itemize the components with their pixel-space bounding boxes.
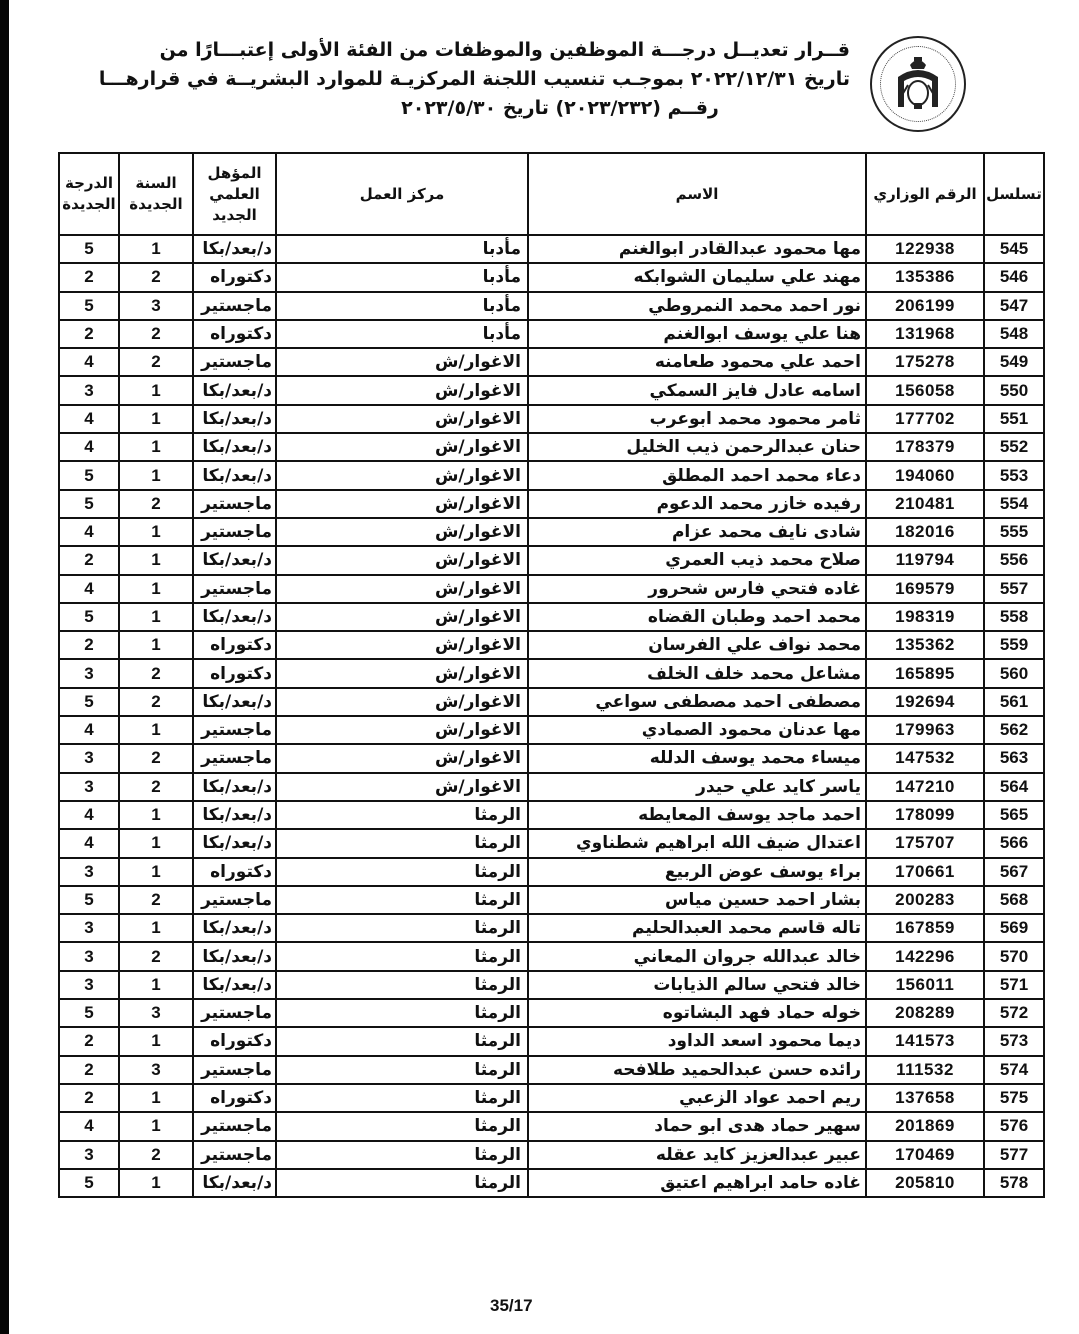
cell-work-center: الاغوار/ش <box>276 603 528 631</box>
cell-ministry-id: 142296 <box>866 942 984 970</box>
cell-new-grade: 2 <box>59 1084 119 1112</box>
cell-seq: 563 <box>984 744 1044 772</box>
cell-new-year: 1 <box>119 575 193 603</box>
cell-new-grade: 4 <box>59 518 119 546</box>
cell-name: دعاء محمد احمد المطلق <box>528 461 866 489</box>
cell-seq: 561 <box>984 688 1044 716</box>
table-row: 572208289خوله حماد فهد البشاتوهالرمثاماج… <box>59 999 1044 1027</box>
cell-name: اعتدال ضيف الله ابراهيم شطناوي <box>528 829 866 857</box>
cell-new-year: 1 <box>119 1112 193 1140</box>
cell-qualification: د/بعد/بكا <box>193 433 276 461</box>
cell-qualification: دكتوراه <box>193 858 276 886</box>
table-row: 570142296خالد عبدالله جروان المعانيالرمث… <box>59 942 1044 970</box>
cell-new-grade: 2 <box>59 546 119 574</box>
cell-qualification: دكتوراه <box>193 1027 276 1055</box>
cell-new-grade: 5 <box>59 461 119 489</box>
cell-new-year: 1 <box>119 858 193 886</box>
table-row: 555182016شادى نايف محمد عزامالاغوار/شماج… <box>59 518 1044 546</box>
cell-ministry-id: 175278 <box>866 348 984 376</box>
cell-seq: 553 <box>984 461 1044 489</box>
cell-seq: 559 <box>984 631 1044 659</box>
cell-new-grade: 4 <box>59 801 119 829</box>
cell-ministry-id: 192694 <box>866 688 984 716</box>
cell-new-grade: 3 <box>59 773 119 801</box>
table-row: 557169579غاده فتحي فارس شحرورالاغوار/شما… <box>59 575 1044 603</box>
cell-qualification: ماجستير <box>193 292 276 320</box>
cell-name: سهير حماد هدى ابو حماد <box>528 1112 866 1140</box>
cell-new-grade: 3 <box>59 858 119 886</box>
cell-qualification: د/بعد/بكا <box>193 235 276 263</box>
cell-new-year: 1 <box>119 546 193 574</box>
table-row: 577170469عبير عبدالعزيز كايد عقلهالرمثام… <box>59 1141 1044 1169</box>
cell-qualification: د/بعد/بكا <box>193 914 276 942</box>
cell-qualification: د/بعد/بكا <box>193 942 276 970</box>
table-row: 554210481رفيده خازر محمد الدعومالاغوار/ش… <box>59 490 1044 518</box>
cell-qualification: دكتوراه <box>193 263 276 291</box>
cell-seq: 562 <box>984 716 1044 744</box>
cell-work-center: مأدبا <box>276 263 528 291</box>
cell-new-year: 3 <box>119 1056 193 1084</box>
cell-new-year: 2 <box>119 744 193 772</box>
cell-work-center: الاغوار/ش <box>276 546 528 574</box>
cell-seq: 573 <box>984 1027 1044 1055</box>
cell-seq: 565 <box>984 801 1044 829</box>
ministry-seal-icon <box>870 36 966 132</box>
cell-name: ريم احمد عواد الزعبي <box>528 1084 866 1112</box>
table-header-row: تسلسل الرقم الوزاري الاسم مركز العمل الم… <box>59 153 1044 235</box>
cell-new-grade: 4 <box>59 348 119 376</box>
cell-ministry-id: 137658 <box>866 1084 984 1112</box>
cell-work-center: الرمثا <box>276 886 528 914</box>
cell-work-center: الاغوار/ش <box>276 433 528 461</box>
cell-seq: 555 <box>984 518 1044 546</box>
cell-ministry-id: 147210 <box>866 773 984 801</box>
header-new-year: السنة الجديدة <box>119 153 193 235</box>
cell-seq: 550 <box>984 376 1044 404</box>
cell-ministry-id: 141573 <box>866 1027 984 1055</box>
cell-seq: 564 <box>984 773 1044 801</box>
cell-new-grade: 4 <box>59 1112 119 1140</box>
table-row: 567170661براء يوسف عوض الربيعالرمثادكتور… <box>59 858 1044 886</box>
title-line-2: تاريخ ٢٠٢٢/١٢/٣١ بموجـب تنسيب اللجنة الم… <box>270 65 850 94</box>
cell-ministry-id: 167859 <box>866 914 984 942</box>
cell-seq: 566 <box>984 829 1044 857</box>
cell-new-year: 1 <box>119 716 193 744</box>
cell-new-year: 2 <box>119 659 193 687</box>
page-number: 35/17 <box>490 1296 533 1316</box>
cell-ministry-id: 210481 <box>866 490 984 518</box>
cell-qualification: ماجستير <box>193 999 276 1027</box>
cell-name: بشار احمد حسين مياس <box>528 886 866 914</box>
cell-work-center: الرمثا <box>276 801 528 829</box>
cell-new-year: 1 <box>119 1169 193 1197</box>
cell-work-center: الرمثا <box>276 1084 528 1112</box>
table-row: 578205810غاده حامد ابراهيم اعتيقالرمثاد/… <box>59 1169 1044 1197</box>
cell-qualification: ماجستير <box>193 575 276 603</box>
cell-ministry-id: 178379 <box>866 433 984 461</box>
cell-work-center: الرمثا <box>276 942 528 970</box>
cell-new-year: 2 <box>119 688 193 716</box>
cell-new-grade: 4 <box>59 575 119 603</box>
header-qualification: المؤهل العلمي الجديد <box>193 153 276 235</box>
cell-name: احمد علي محمود طعامنه <box>528 348 866 376</box>
cell-work-center: الاغوار/ش <box>276 716 528 744</box>
table-row: 571156011خالد فتحي سالم الذياباتالرمثاد/… <box>59 971 1044 999</box>
cell-seq: 552 <box>984 433 1044 461</box>
cell-name: مها محمود عبدالقادر ابوالغنم <box>528 235 866 263</box>
cell-ministry-id: 205810 <box>866 1169 984 1197</box>
cell-new-grade: 4 <box>59 405 119 433</box>
cell-ministry-id: 111532 <box>866 1056 984 1084</box>
cell-seq: 576 <box>984 1112 1044 1140</box>
cell-new-grade: 2 <box>59 1027 119 1055</box>
cell-new-year: 1 <box>119 461 193 489</box>
header-seq: تسلسل <box>984 153 1044 235</box>
table-row: 546135386مهند علي سليمان الشوابكهمأدبادك… <box>59 263 1044 291</box>
cell-name: تاله قاسم محمد العبدالحليم <box>528 914 866 942</box>
cell-seq: 568 <box>984 886 1044 914</box>
cell-new-year: 2 <box>119 1141 193 1169</box>
cell-ministry-id: 147532 <box>866 744 984 772</box>
cell-seq: 577 <box>984 1141 1044 1169</box>
cell-new-grade: 5 <box>59 490 119 518</box>
cell-new-grade: 2 <box>59 1056 119 1084</box>
cell-new-year: 1 <box>119 603 193 631</box>
cell-work-center: الاغوار/ش <box>276 376 528 404</box>
cell-seq: 574 <box>984 1056 1044 1084</box>
cell-new-grade: 3 <box>59 942 119 970</box>
cell-new-grade: 5 <box>59 603 119 631</box>
cell-new-year: 1 <box>119 376 193 404</box>
cell-new-grade: 2 <box>59 320 119 348</box>
cell-work-center: الاغوار/ش <box>276 744 528 772</box>
cell-seq: 578 <box>984 1169 1044 1197</box>
cell-seq: 572 <box>984 999 1044 1027</box>
cell-new-grade: 3 <box>59 376 119 404</box>
cell-qualification: د/بعد/بكا <box>193 971 276 999</box>
cell-qualification: د/بعد/بكا <box>193 773 276 801</box>
cell-work-center: الاغوار/ش <box>276 348 528 376</box>
cell-ministry-id: 170469 <box>866 1141 984 1169</box>
cell-new-year: 1 <box>119 971 193 999</box>
cell-qualification: دكتوراه <box>193 631 276 659</box>
cell-new-year: 3 <box>119 292 193 320</box>
cell-seq: 558 <box>984 603 1044 631</box>
cell-name: نور احمد محمد النمروطي <box>528 292 866 320</box>
cell-new-year: 2 <box>119 263 193 291</box>
cell-new-grade: 4 <box>59 716 119 744</box>
cell-name: خالد عبدالله جروان المعاني <box>528 942 866 970</box>
cell-new-year: 1 <box>119 433 193 461</box>
cell-ministry-id: 182016 <box>866 518 984 546</box>
cell-new-grade: 4 <box>59 829 119 857</box>
cell-work-center: مأدبا <box>276 292 528 320</box>
cell-qualification: دكتوراه <box>193 659 276 687</box>
cell-new-year: 1 <box>119 1084 193 1112</box>
cell-name: احمد ماجد يوسف المعايطه <box>528 801 866 829</box>
cell-new-grade: 3 <box>59 1141 119 1169</box>
cell-ministry-id: 175707 <box>866 829 984 857</box>
seal-inner-ring <box>880 46 956 122</box>
cell-work-center: الاغوار/ش <box>276 659 528 687</box>
table-row: 553194060دعاء محمد احمد المطلقالاغوار/شد… <box>59 461 1044 489</box>
table-row: 563147532ميساء محمد يوسف الدللهالاغوار/ش… <box>59 744 1044 772</box>
cell-work-center: الرمثا <box>276 829 528 857</box>
cell-ministry-id: 170661 <box>866 858 984 886</box>
cell-qualification: د/بعد/بكا <box>193 603 276 631</box>
cell-ministry-id: 119794 <box>866 546 984 574</box>
cell-new-grade: 3 <box>59 914 119 942</box>
cell-name: مصطفى احمد مصطفى سواعي <box>528 688 866 716</box>
cell-new-grade: 5 <box>59 999 119 1027</box>
cell-new-grade: 4 <box>59 433 119 461</box>
crown-emblem-icon <box>892 55 944 113</box>
cell-work-center: الاغوار/ش <box>276 461 528 489</box>
cell-new-year: 2 <box>119 348 193 376</box>
cell-qualification: ماجستير <box>193 490 276 518</box>
cell-work-center: الاغوار/ش <box>276 773 528 801</box>
cell-qualification: ماجستير <box>193 348 276 376</box>
cell-name: ديما محمود اسعد الداود <box>528 1027 866 1055</box>
cell-name: حنان عبدالرحمن ذيب الخليل <box>528 433 866 461</box>
table-row: 566175707اعتدال ضيف الله ابراهيم شطناويا… <box>59 829 1044 857</box>
cell-ministry-id: 135386 <box>866 263 984 291</box>
cell-new-year: 1 <box>119 801 193 829</box>
cell-name: محمد نواف علي الفرسان <box>528 631 866 659</box>
cell-qualification: دكتوراه <box>193 320 276 348</box>
cell-work-center: مأدبا <box>276 320 528 348</box>
cell-work-center: الاغوار/ش <box>276 688 528 716</box>
table-row: 551177702ثامر محمود محمد ابوعربالاغوار/ش… <box>59 405 1044 433</box>
table-row: 547206199نور احمد محمد النمروطيمأدباماجس… <box>59 292 1044 320</box>
cell-new-year: 1 <box>119 914 193 942</box>
cell-seq: 557 <box>984 575 1044 603</box>
table-row: 550156058اسامه عادل فايز السمكيالاغوار/ش… <box>59 376 1044 404</box>
cell-name: رائده حسن عبدالحميد طلافحه <box>528 1056 866 1084</box>
cell-new-year: 1 <box>119 518 193 546</box>
document-title: قــرار تعديــل درجـــة الموظفين والموظفا… <box>270 36 850 123</box>
cell-ministry-id: 208289 <box>866 999 984 1027</box>
cell-new-grade: 5 <box>59 292 119 320</box>
cell-seq: 554 <box>984 490 1044 518</box>
table-row: 560165895مشاعل محمد خلف الخلفالاغوار/شدك… <box>59 659 1044 687</box>
cell-work-center: الرمثا <box>276 971 528 999</box>
cell-new-grade: 5 <box>59 1169 119 1197</box>
header-name: الاسم <box>528 153 866 235</box>
cell-qualification: ماجستير <box>193 518 276 546</box>
cell-qualification: ماجستير <box>193 886 276 914</box>
table-row: 568200283بشار احمد حسين مياسالرمثاماجستي… <box>59 886 1044 914</box>
cell-new-grade: 5 <box>59 235 119 263</box>
table-row: 576201869سهير حماد هدى ابو حمادالرمثاماج… <box>59 1112 1044 1140</box>
cell-name: عبير عبدالعزيز كايد عقله <box>528 1141 866 1169</box>
cell-ministry-id: 201869 <box>866 1112 984 1140</box>
table-row: 552178379حنان عبدالرحمن ذيب الخليلالاغوا… <box>59 433 1044 461</box>
cell-name: براء يوسف عوض الربيع <box>528 858 866 886</box>
cell-ministry-id: 200283 <box>866 886 984 914</box>
cell-seq: 560 <box>984 659 1044 687</box>
cell-work-center: الرمثا <box>276 1169 528 1197</box>
table-row: 545122938مها محمود عبدالقادر ابوالغنممأد… <box>59 235 1044 263</box>
cell-new-year: 2 <box>119 773 193 801</box>
cell-qualification: د/بعد/بكا <box>193 405 276 433</box>
cell-work-center: الاغوار/ش <box>276 575 528 603</box>
table-row: 561192694مصطفى احمد مصطفى سواعيالاغوار/ش… <box>59 688 1044 716</box>
cell-ministry-id: 206199 <box>866 292 984 320</box>
cell-qualification: ماجستير <box>193 744 276 772</box>
cell-seq: 547 <box>984 292 1044 320</box>
cell-name: مها عدنان محمود الصمادي <box>528 716 866 744</box>
cell-seq: 556 <box>984 546 1044 574</box>
cell-new-year: 2 <box>119 942 193 970</box>
cell-work-center: الرمثا <box>276 1027 528 1055</box>
table-row: 548131968هنا علي يوسف ابوالغنممأدبادكتور… <box>59 320 1044 348</box>
cell-new-year: 1 <box>119 235 193 263</box>
cell-ministry-id: 169579 <box>866 575 984 603</box>
cell-work-center: الاغوار/ش <box>276 405 528 433</box>
table-row: 562179963مها عدنان محمود الصماديالاغوار/… <box>59 716 1044 744</box>
cell-qualification: د/بعد/بكا <box>193 376 276 404</box>
cell-work-center: الاغوار/ش <box>276 518 528 546</box>
cell-new-year: 3 <box>119 999 193 1027</box>
cell-work-center: الرمثا <box>276 1141 528 1169</box>
title-line-3: رقــم (٢٠٢٣/٢٣٢) تاريخ ٢٠٢٣/٥/٣٠ <box>270 94 850 123</box>
cell-new-grade: 5 <box>59 688 119 716</box>
cell-work-center: الرمثا <box>276 858 528 886</box>
table-row: 564147210ياسر كايد علي حيدرالاغوار/شد/بع… <box>59 773 1044 801</box>
cell-qualification: د/بعد/بكا <box>193 688 276 716</box>
cell-seq: 551 <box>984 405 1044 433</box>
cell-new-year: 1 <box>119 405 193 433</box>
cell-new-grade: 5 <box>59 886 119 914</box>
table-row: 549175278احمد علي محمود طعامنهالاغوار/شم… <box>59 348 1044 376</box>
header-new-grade: الدرجة الجديدة <box>59 153 119 235</box>
cell-seq: 546 <box>984 263 1044 291</box>
cell-seq: 548 <box>984 320 1044 348</box>
cell-ministry-id: 156011 <box>866 971 984 999</box>
cell-name: خوله حماد فهد البشاتوه <box>528 999 866 1027</box>
cell-new-year: 2 <box>119 886 193 914</box>
cell-name: مهند علي سليمان الشوابكه <box>528 263 866 291</box>
cell-ministry-id: 198319 <box>866 603 984 631</box>
scan-edge-strip <box>0 0 9 1334</box>
cell-qualification: ماجستير <box>193 1141 276 1169</box>
cell-ministry-id: 177702 <box>866 405 984 433</box>
cell-seq: 570 <box>984 942 1044 970</box>
cell-name: هنا علي يوسف ابوالغنم <box>528 320 866 348</box>
table-row: 573141573ديما محمود اسعد الداودالرمثادكت… <box>59 1027 1044 1055</box>
cell-name: محمد احمد وطبان القضاه <box>528 603 866 631</box>
cell-work-center: الرمثا <box>276 914 528 942</box>
table-row: 558198319محمد احمد وطبان القضاهالاغوار/ش… <box>59 603 1044 631</box>
cell-new-year: 2 <box>119 320 193 348</box>
cell-qualification: د/بعد/بكا <box>193 546 276 574</box>
cell-name: خالد فتحي سالم الذيابات <box>528 971 866 999</box>
cell-seq: 545 <box>984 235 1044 263</box>
cell-ministry-id: 165895 <box>866 659 984 687</box>
cell-qualification: دكتوراه <box>193 1084 276 1112</box>
cell-ministry-id: 135362 <box>866 631 984 659</box>
cell-name: رفيده خازر محمد الدعوم <box>528 490 866 518</box>
table-row: 565178099احمد ماجد يوسف المعايطهالرمثاد/… <box>59 801 1044 829</box>
cell-seq: 571 <box>984 971 1044 999</box>
cell-ministry-id: 131968 <box>866 320 984 348</box>
cell-work-center: الاغوار/ش <box>276 490 528 518</box>
title-line-1: قــرار تعديــل درجـــة الموظفين والموظفا… <box>270 36 850 65</box>
cell-name: شادى نايف محمد عزام <box>528 518 866 546</box>
cell-seq: 575 <box>984 1084 1044 1112</box>
cell-work-center: الرمثا <box>276 1056 528 1084</box>
cell-name: مشاعل محمد خلف الخلف <box>528 659 866 687</box>
table-row: 559135362محمد نواف علي الفرسانالاغوار/شد… <box>59 631 1044 659</box>
cell-new-grade: 3 <box>59 659 119 687</box>
cell-work-center: الرمثا <box>276 999 528 1027</box>
cell-new-grade: 3 <box>59 971 119 999</box>
cell-ministry-id: 156058 <box>866 376 984 404</box>
table-row: 575137658ريم احمد عواد الزعبيالرمثادكتور… <box>59 1084 1044 1112</box>
cell-name: صلاح محمد ذيب العمري <box>528 546 866 574</box>
cell-qualification: د/بعد/بكا <box>193 829 276 857</box>
cell-work-center: مأدبا <box>276 235 528 263</box>
table-row: 556119794صلاح محمد ذيب العمريالاغوار/شد/… <box>59 546 1044 574</box>
cell-new-year: 2 <box>119 490 193 518</box>
cell-new-grade: 2 <box>59 631 119 659</box>
cell-work-center: الاغوار/ش <box>276 631 528 659</box>
header-ministry-id: الرقم الوزاري <box>866 153 984 235</box>
cell-ministry-id: 122938 <box>866 235 984 263</box>
cell-name: غاده فتحي فارس شحرور <box>528 575 866 603</box>
cell-qualification: ماجستير <box>193 716 276 744</box>
table-row: 574111532رائده حسن عبدالحميد طلافحهالرمث… <box>59 1056 1044 1084</box>
cell-new-grade: 3 <box>59 744 119 772</box>
cell-ministry-id: 179963 <box>866 716 984 744</box>
cell-ministry-id: 194060 <box>866 461 984 489</box>
cell-name: اسامه عادل فايز السمكي <box>528 376 866 404</box>
cell-work-center: الرمثا <box>276 1112 528 1140</box>
cell-new-year: 1 <box>119 1027 193 1055</box>
cell-new-year: 1 <box>119 631 193 659</box>
cell-name: ياسر كايد علي حيدر <box>528 773 866 801</box>
table-row: 569167859تاله قاسم محمد العبدالحليمالرمث… <box>59 914 1044 942</box>
cell-new-grade: 2 <box>59 263 119 291</box>
cell-seq: 567 <box>984 858 1044 886</box>
header-work-center: مركز العمل <box>276 153 528 235</box>
cell-qualification: د/بعد/بكا <box>193 801 276 829</box>
cell-seq: 569 <box>984 914 1044 942</box>
grade-adjustment-table: تسلسل الرقم الوزاري الاسم مركز العمل الم… <box>58 152 1045 1198</box>
cell-name: غاده حامد ابراهيم اعتيق <box>528 1169 866 1197</box>
cell-qualification: ماجستير <box>193 1056 276 1084</box>
cell-seq: 549 <box>984 348 1044 376</box>
cell-qualification: د/بعد/بكا <box>193 1169 276 1197</box>
cell-ministry-id: 178099 <box>866 801 984 829</box>
cell-name: ثامر محمود محمد ابوعرب <box>528 405 866 433</box>
cell-new-year: 1 <box>119 829 193 857</box>
cell-name: ميساء محمد يوسف الدلله <box>528 744 866 772</box>
cell-qualification: د/بعد/بكا <box>193 461 276 489</box>
cell-qualification: ماجستير <box>193 1112 276 1140</box>
